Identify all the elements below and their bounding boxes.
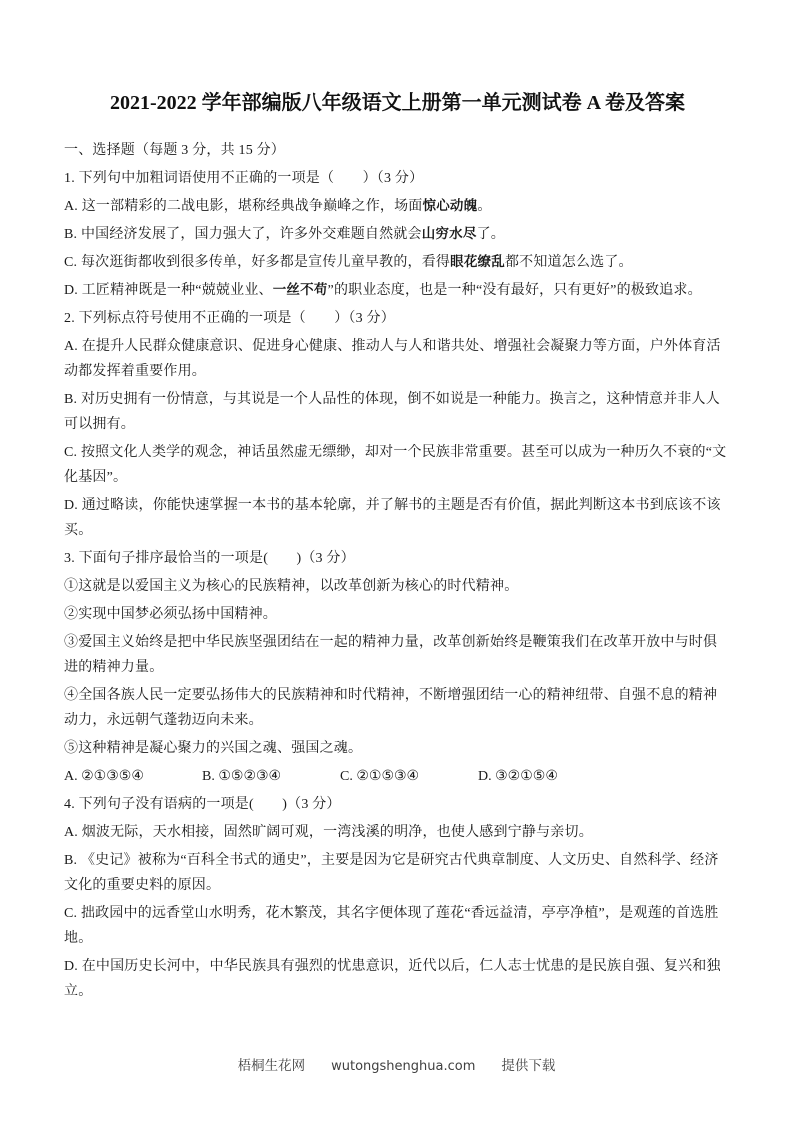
question-1-option-b: B. 中国经济发展了，国力强大了，许多外交难题自然就会山穷水尽了。: [64, 222, 731, 247]
question-2-option-b: B. 对历史拥有一份情意，与其说是一个人品性的体现，倒不如说是一种能力。换言之，…: [64, 387, 731, 437]
footer-site-url: wutongshenghua.com: [331, 1059, 475, 1074]
page-footer: 梧桐生花网 wutongshenghua.com 提供下载: [0, 1054, 793, 1074]
footer-site-name: 梧桐生花网: [238, 1054, 306, 1074]
question-1-option-a: A. 这一部精彩的二战电影，堪称经典战争巅峰之作，场面惊心动魄。: [64, 194, 731, 219]
question-4-option-a: A. 烟波无际，天水相接，固然旷阔可观，一湾浅溪的明净，也使人感到宁静与亲切。: [64, 820, 731, 845]
document-title: 2021-2022 学年部编版八年级语文上册第一单元测试卷 A 卷及答案: [64, 88, 731, 118]
question-2-stem: 2. 下列标点符号使用不正确的一项是（ ）（3 分）: [64, 306, 731, 331]
question-1-option-c: C. 每次逛街都收到很多传单，好多都是宣传儿童早教的，看得眼花缭乱都不知道怎么选…: [64, 250, 731, 275]
question-1-stem: 1. 下列句中加粗词语使用不正确的一项是（ ）（3 分）: [64, 166, 731, 191]
question-4-option-b: B. 《史记》被称为“百科全书式的通史”，主要是因为它是研究古代典章制度、人文历…: [64, 848, 731, 898]
question-3-stem: 3. 下面句子排序最恰当的一项是( )（3 分）: [64, 546, 731, 571]
question-3-sentence-2: ②实现中国梦必须弘扬中国精神。: [64, 602, 731, 627]
document-page: 2021-2022 学年部编版八年级语文上册第一单元测试卷 A 卷及答案 一、选…: [0, 0, 793, 1004]
question-2-option-c: C. 按照文化人类学的观念，神话虽然虚无缥缈，却对一个民族非常重要。甚至可以成为…: [64, 440, 731, 490]
question-3-choice-a: A. ②①③⑤④: [64, 764, 202, 789]
question-2-option-a: A. 在提升人民群众健康意识、促进身心健康、推动人与人和谐共处、增强社会凝聚力等…: [64, 334, 731, 384]
question-3-choices: A. ②①③⑤④ B. ①⑤②③④ C. ②①⑤③④ D. ③②①⑤④: [64, 764, 731, 789]
footer-download-label: 提供下载: [501, 1054, 555, 1074]
question-4-stem: 4. 下列句子没有语病的一项是( )（3 分）: [64, 792, 731, 817]
question-3-sentence-3: ③爱国主义始终是把中华民族坚强团结在一起的精神力量，改革创新始终是鞭策我们在改革…: [64, 630, 731, 680]
question-2-option-d: D. 通过略读，你能快速掌握一本书的基本轮廓，并了解书的主题是否有价值，据此判断…: [64, 493, 731, 543]
question-1-option-d: D. 工匠精神既是一种“兢兢业业、一丝不苟”的职业态度，也是一种“没有最好，只有…: [64, 278, 731, 303]
question-3-sentence-4: ④全国各族人民一定要弘扬伟大的民族精神和时代精神，不断增强团结一心的精神纽带、自…: [64, 683, 731, 733]
question-3-sentence-5: ⑤这种精神是凝心聚力的兴国之魂、强国之魂。: [64, 736, 731, 761]
question-3-sentence-1: ①这就是以爱国主义为核心的民族精神，以改革创新为核心的时代精神。: [64, 574, 731, 599]
section-header: 一、选择题（每题 3 分，共 15 分）: [64, 138, 731, 163]
question-3-choice-d: D. ③②①⑤④: [478, 764, 558, 789]
question-3-choice-c: C. ②①⑤③④: [340, 764, 478, 789]
question-4-option-d: D. 在中国历史长河中，中华民族具有强烈的忧患意识，近代以后，仁人志士忧患的是民…: [64, 954, 731, 1004]
question-4-option-c: C. 拙政园中的远香堂山水明秀，花木繁茂，其名字便体现了莲花“香远益清，亭亭净植…: [64, 901, 731, 951]
question-3-choice-b: B. ①⑤②③④: [202, 764, 340, 789]
